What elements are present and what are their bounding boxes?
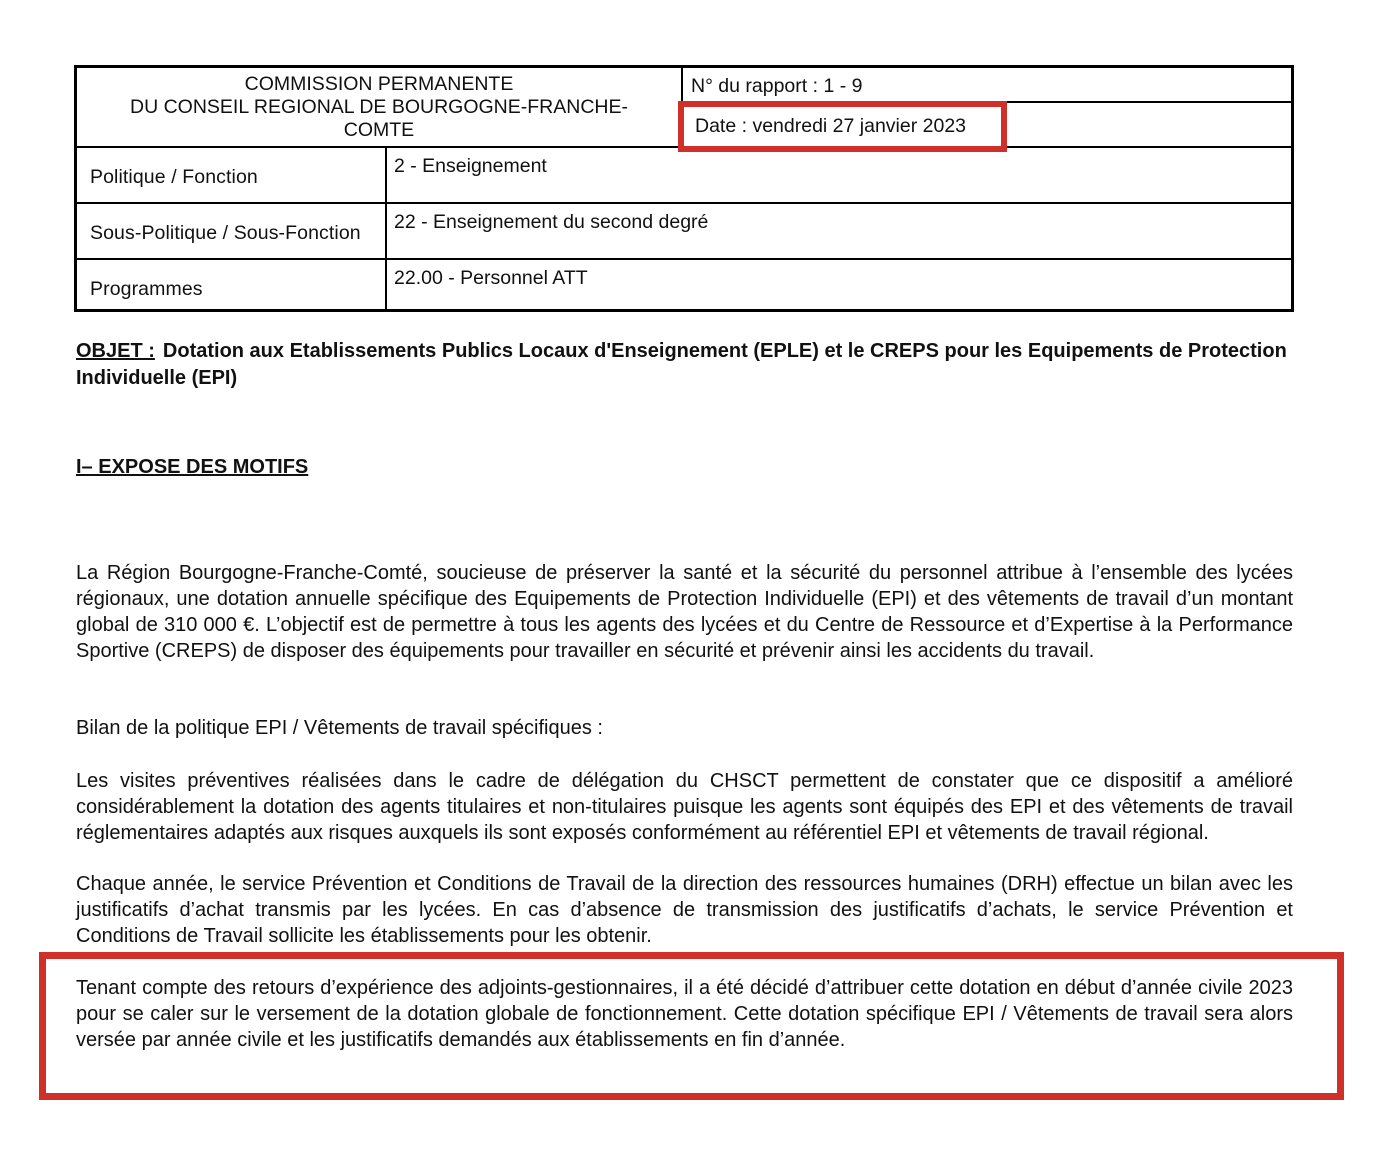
report-number: N° du rapport : 1 - 9 [683,68,1291,103]
row-label: Sous-Politique / Sous-Fonction [77,204,387,258]
report-header-table: COMMISSION PERMANENTE DU CONSEIL REGIONA… [74,65,1294,312]
paragraph-bilan-annuel: Chaque année, le service Prévention et C… [76,871,1293,949]
commission-line: DU CONSEIL REGIONAL DE BOURGOGNE-FRANCHE… [77,96,681,119]
commission-line: COMMISSION PERMANENTE [77,73,681,96]
header-row-politique: Politique / Fonction 2 - Enseignement [77,146,1291,202]
header-row-sous-politique: Sous-Politique / Sous-Fonction 22 - Ense… [77,202,1291,258]
document-page: COMMISSION PERMANENTE DU CONSEIL REGIONA… [0,0,1380,1158]
section-title: I– EXPOSE DES MOTIFS [76,456,308,479]
paragraph-visites-preventives: Les visites préventives réalisées dans l… [76,768,1293,846]
objet-block: OBJET :Dotation aux Etablissements Publi… [76,338,1296,392]
objet-label: OBJET : [76,340,155,362]
row-label: Programmes [77,260,387,312]
row-value: 22 - Enseignement du second degré [387,204,1291,258]
commission-line: COMTE [77,119,681,142]
row-label: Politique / Fonction [77,148,387,202]
row-value: 22.00 - Personnel ATT [387,260,1291,312]
header-date: Date : vendredi 27 janvier 2023 [683,103,1291,146]
header-row-programmes: Programmes 22.00 - Personnel ATT [77,258,1291,312]
paragraph-dotation-debut-annee: Tenant compte des retours d’expérience d… [76,975,1293,1053]
paragraph-bilan-title: Bilan de la politique EPI / Vêtements de… [76,715,1293,741]
commission-title: COMMISSION PERMANENTE DU CONSEIL REGIONA… [77,68,683,146]
paragraph-dotation-annuelle: La Région Bourgogne-Franche-Comté, souci… [76,560,1293,664]
row-value: 2 - Enseignement [387,148,1291,202]
objet-text: Dotation aux Etablissements Publics Loca… [76,340,1287,389]
